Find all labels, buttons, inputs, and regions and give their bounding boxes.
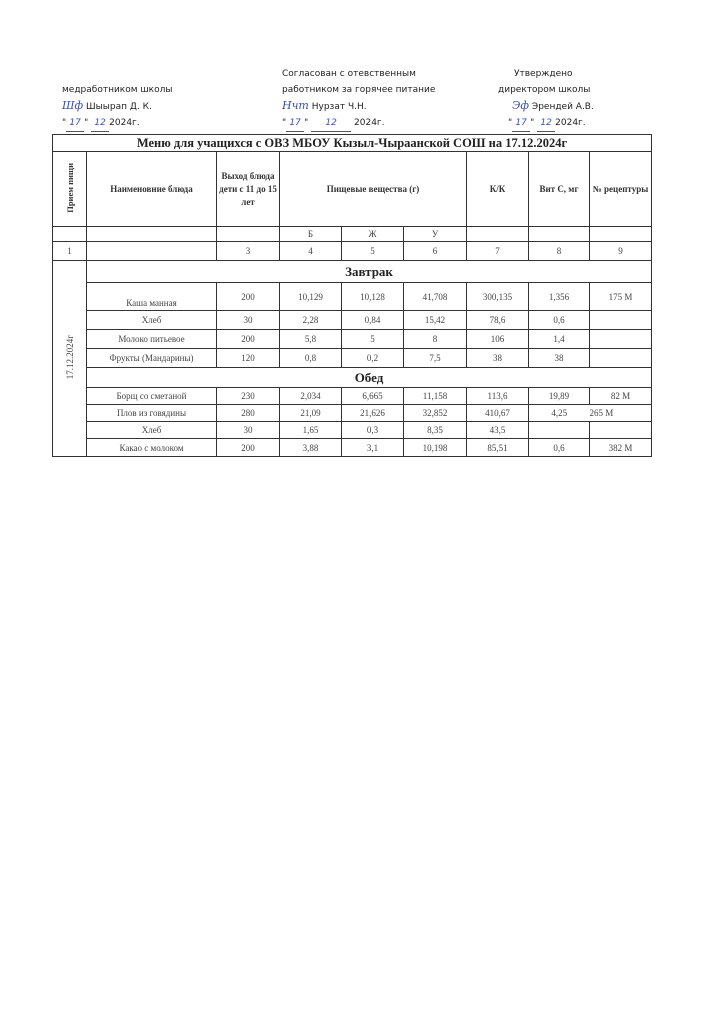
approval-food-name: Нурзат Ч.Н. xyxy=(312,102,367,112)
subheader-protein: Б xyxy=(280,227,342,242)
dish-name: Борщ со сметаной xyxy=(87,388,217,405)
approval-food-role: работником за горячее питание xyxy=(282,82,435,98)
section-title: Обед xyxy=(87,368,652,388)
dish-name: Какао с молоком xyxy=(87,439,217,457)
approval-director: Утверждено директором школы Эф Эрендей А… xyxy=(498,66,594,132)
table-row: Хлеб 30 1,65 0,3 8,35 43,5 xyxy=(53,422,652,439)
subheader-carbs: У xyxy=(404,227,467,242)
dish-name: Хлеб xyxy=(87,422,217,439)
approval-food-heading: Согласован с отевственным xyxy=(282,66,435,82)
dish-name: Каша манная xyxy=(87,283,217,311)
header-kcal: К/К xyxy=(467,152,529,227)
header-vitc: Вит С, мг xyxy=(529,152,590,227)
header-nutrients: Пищевые вещества (г) xyxy=(280,152,467,227)
approval-food-officer: Согласован с отевственным работником за … xyxy=(282,66,435,132)
dish-name: Фрукты (Мандарины) xyxy=(87,349,217,368)
subheader-fat: Ж xyxy=(342,227,404,242)
approval-medical: медработником школы Шф Шыырап Д. К. "17"… xyxy=(62,82,172,132)
signature-director: Эф xyxy=(512,98,529,114)
signature-medical: Шф xyxy=(62,98,83,114)
header-dish: Наименовние блюда xyxy=(87,152,217,227)
column-number-row: 1 3 4 5 6 7 8 9 xyxy=(53,242,652,261)
header-output: Выход блюда дети с 11 до 15 лет xyxy=(217,152,280,227)
table-row: Каша манная 200 10,129 10,128 41,708 300… xyxy=(53,283,652,311)
approval-director-date: "17" 122024г. xyxy=(498,115,594,132)
section-lunch: Обед xyxy=(53,368,652,388)
date-cell: 17.12.2024г xyxy=(53,261,87,457)
approval-director-name: Эрендей А.В. xyxy=(532,102,594,112)
dish-name: Молоко питьевое xyxy=(87,330,217,349)
table-row: Борщ со сметаной 230 2,034 6,665 11,158 … xyxy=(53,388,652,405)
approval-medical-role: медработником школы xyxy=(62,82,172,98)
section-breakfast: 17.12.2024г Завтрак xyxy=(53,261,652,283)
section-title: Завтрак xyxy=(87,261,652,283)
signature-food-officer: Нчт xyxy=(282,98,309,114)
approval-medical-date: "17" 122024г. xyxy=(62,115,172,132)
header-recipe: № рецептуры xyxy=(590,152,652,227)
menu-table: Меню для учащихся с ОВЗ МБОУ Кызыл-Чыраа… xyxy=(52,134,652,457)
table-row: Фрукты (Мандарины) 120 0,8 0,2 7,5 38 38 xyxy=(53,349,652,368)
menu-title: Меню для учащихся с ОВЗ МБОУ Кызыл-Чыраа… xyxy=(53,135,652,152)
approval-director-role: директором школы xyxy=(498,82,594,98)
approval-medical-name: Шыырап Д. К. xyxy=(86,102,152,112)
dish-name: Плов из говядины xyxy=(87,405,217,422)
table-row: Молоко питьевое 200 5,8 5 8 106 1,4 xyxy=(53,330,652,349)
header-row: Прием пищи Наименовние блюда Выход блюда… xyxy=(53,152,652,227)
approval-director-heading: Утверждено xyxy=(498,66,594,82)
approval-food-date: "17" 12 2024г. xyxy=(282,115,435,132)
nutrient-subheader-row: Б Ж У xyxy=(53,227,652,242)
table-row: Плов из говядины 280 21,09 21,626 32,852… xyxy=(53,405,652,422)
table-row: Хлеб 30 2,28 0,84 15,42 78,6 0,6 xyxy=(53,311,652,330)
table-row: Какао с молоком 200 3,88 3,1 10,198 85,5… xyxy=(53,439,652,457)
dish-name: Хлеб xyxy=(87,311,217,330)
header-meal: Прием пищи xyxy=(53,152,87,227)
